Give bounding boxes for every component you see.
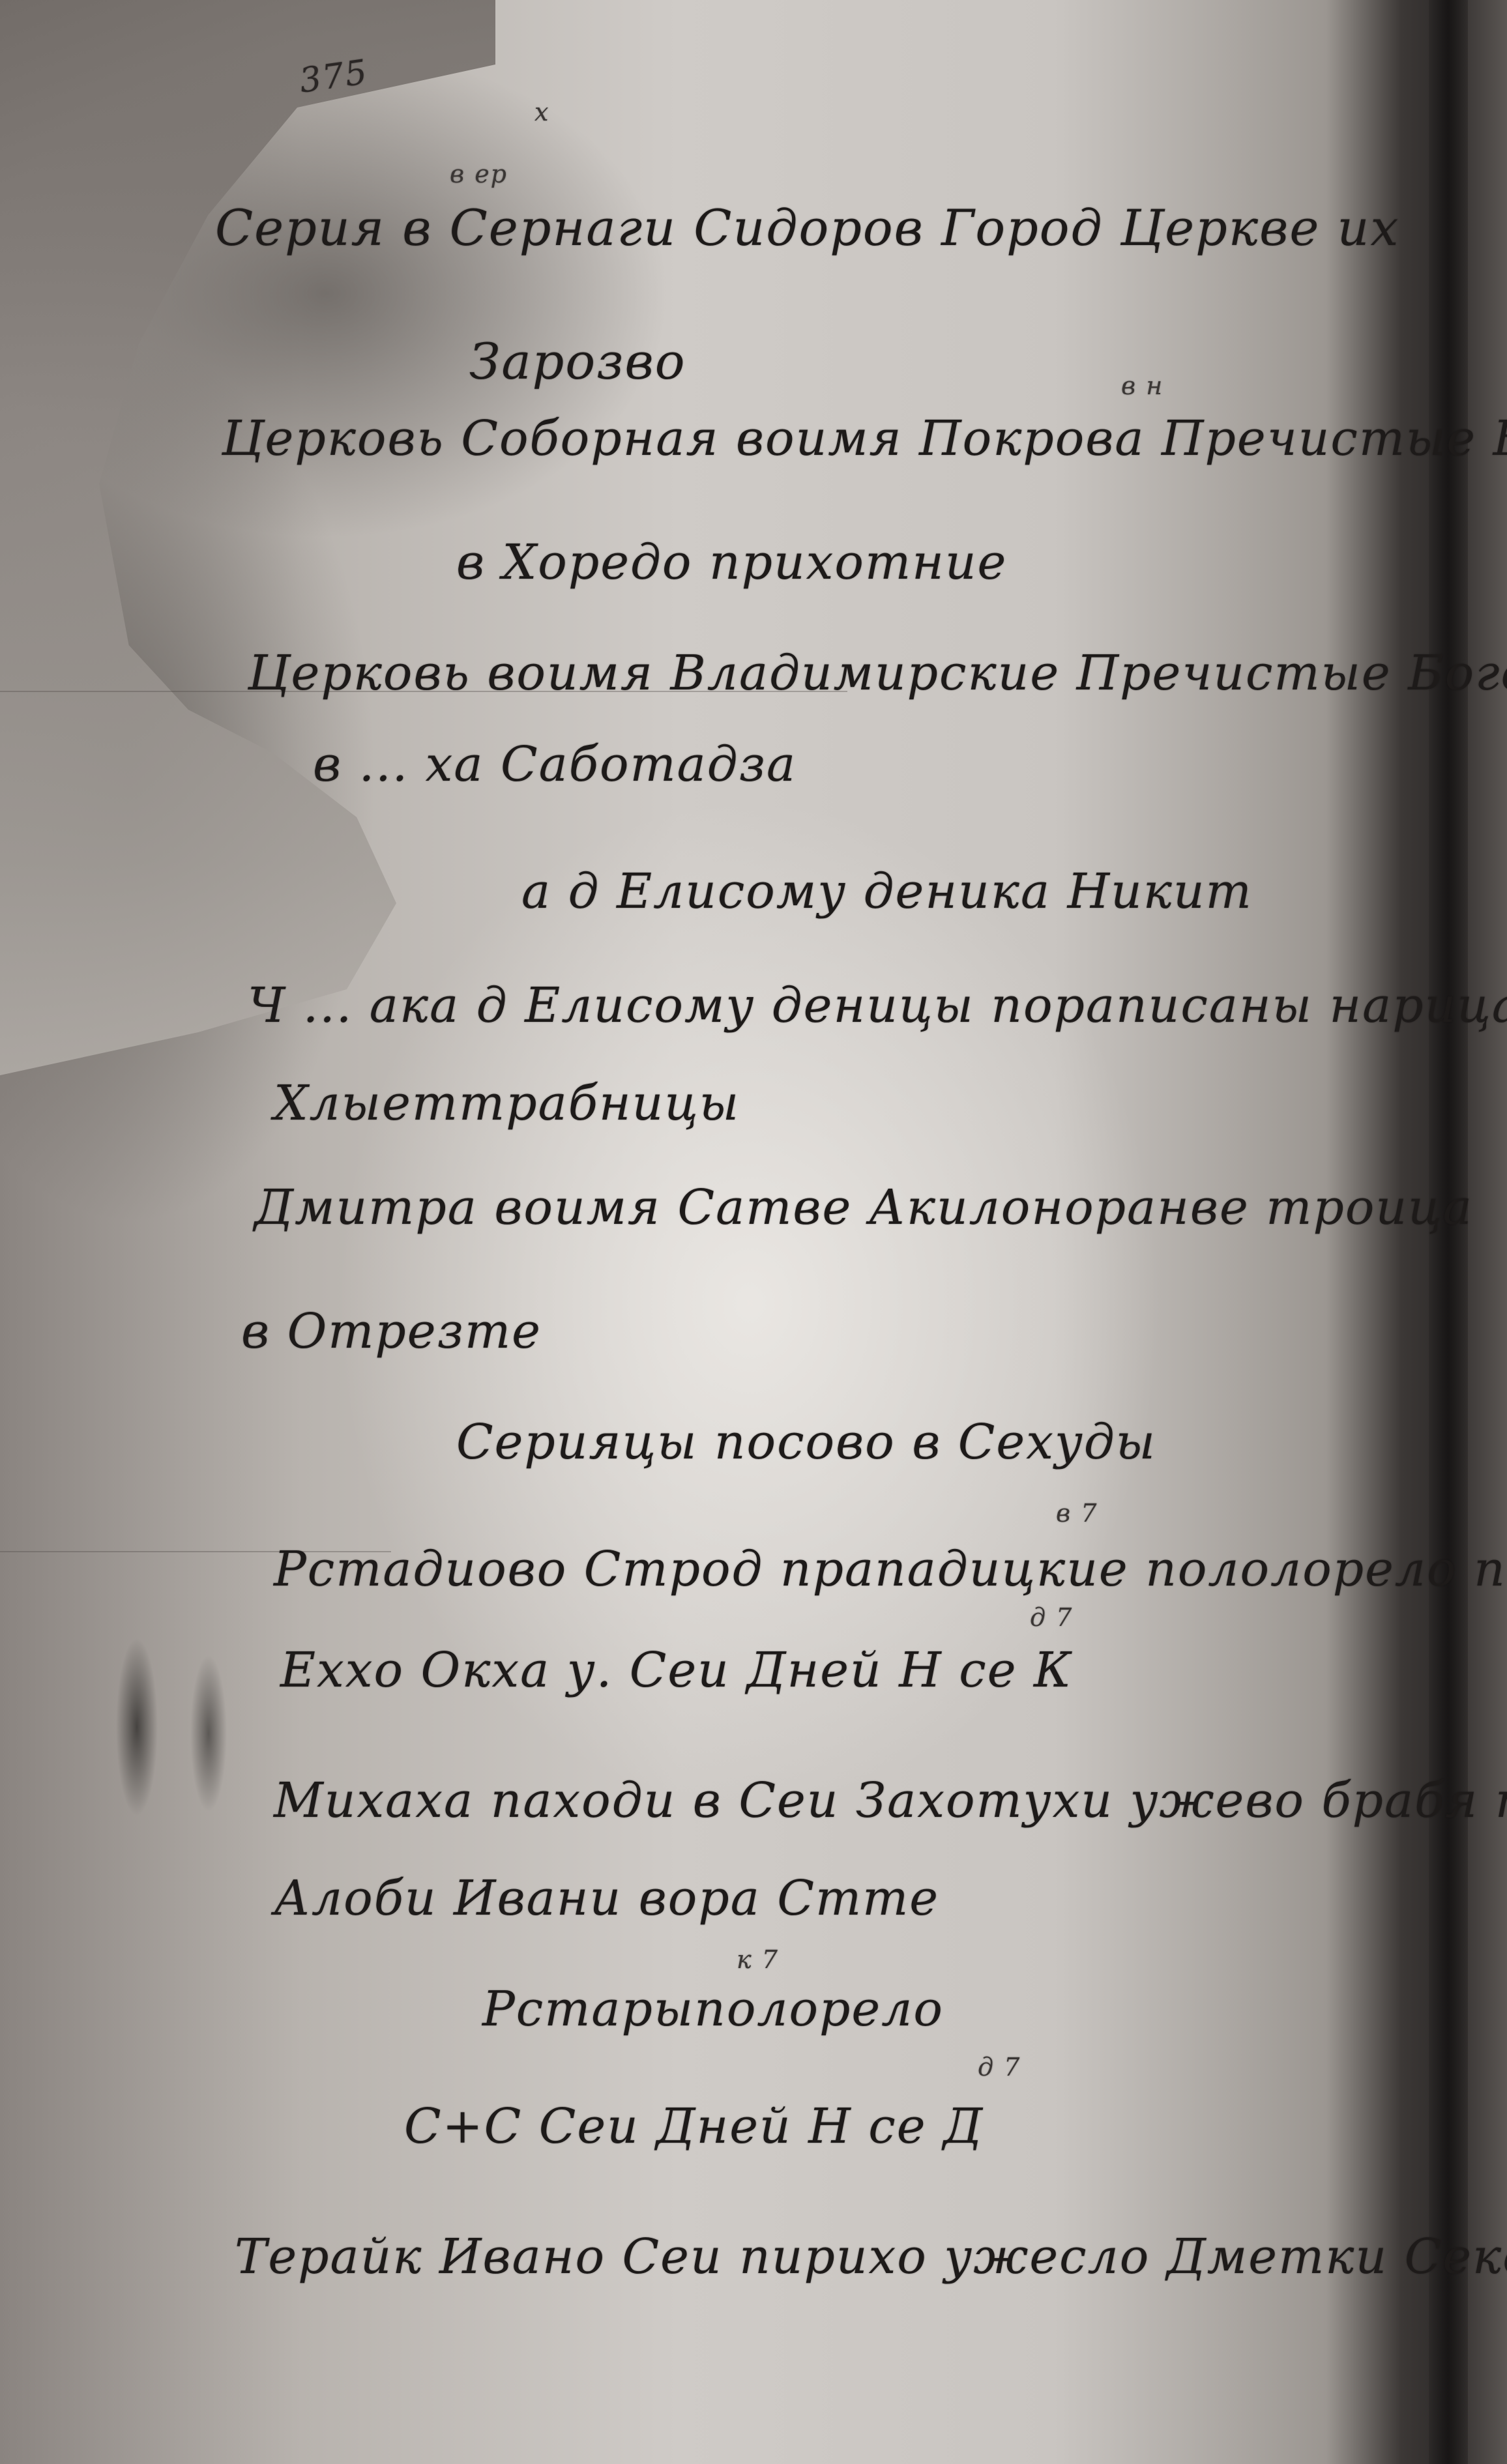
text-line-14: Еххо Окха у. Сеи Дней Н се К [280, 1642, 1072, 1698]
text-line-8: Ч ... ака д Елисому деницы пораписаны на… [248, 978, 1507, 1034]
text-line-12: Серияцы посово в Сехуды [456, 1414, 1156, 1470]
text-line-19: Терайк Ивано Сеи пирихо ужесло Дметки Се… [235, 2229, 1507, 2285]
text-line-10: Дмитра воимя Сатве Акилоноранве троица [254, 1180, 1473, 1236]
text-line-9: Хлыеттрабницы [274, 1075, 740, 1131]
superscript: в 7 [1056, 1499, 1098, 1528]
text-line-2: Зарозво [469, 332, 686, 390]
manuscript-page: 375 х в ер Серия в Сернаги Сидоров Город… [0, 0, 1507, 2464]
text-line-3: Церковь Соборная воимя Покрова Пречистые… [222, 411, 1507, 467]
torn-paper-flap [0, 0, 495, 1075]
superscript: д 7 [978, 2053, 1021, 2081]
text-line-16: Алоби Ивани вора Стте [274, 1870, 939, 1926]
corner-mark: х [534, 98, 549, 126]
text-line-15: Михаха паходи в Сеи Захотухи ужево брабя… [274, 1773, 1507, 1829]
text-line-18: С+С Сеи Дней Н се Д [404, 2098, 984, 2154]
ink-smudge-marks [98, 1597, 280, 1870]
text-line-17: Рстарыполорело [482, 1981, 944, 2037]
text-line-13: Рстадиово Строд прападицкие пололорело п… [274, 1541, 1507, 1597]
text-line-6: в ... ха Саботадза [313, 736, 797, 792]
text-line-4: в Хоредо прихотние [456, 534, 1007, 590]
text-line-5: Церковь воимя Владимирские Пречистые Бог… [248, 645, 1507, 701]
superscript: к 7 [737, 1945, 779, 1974]
superscript: в ер [450, 160, 508, 188]
text-line-7: а д Елисому деника Никит [521, 863, 1253, 920]
superscript: д 7 [1030, 1603, 1073, 1632]
text-line-11: в Отрезте [241, 1303, 542, 1359]
superscript: в н [1121, 371, 1163, 400]
text-line-1: Серия в Сернаги Сидоров Город Церкве их [215, 199, 1399, 257]
